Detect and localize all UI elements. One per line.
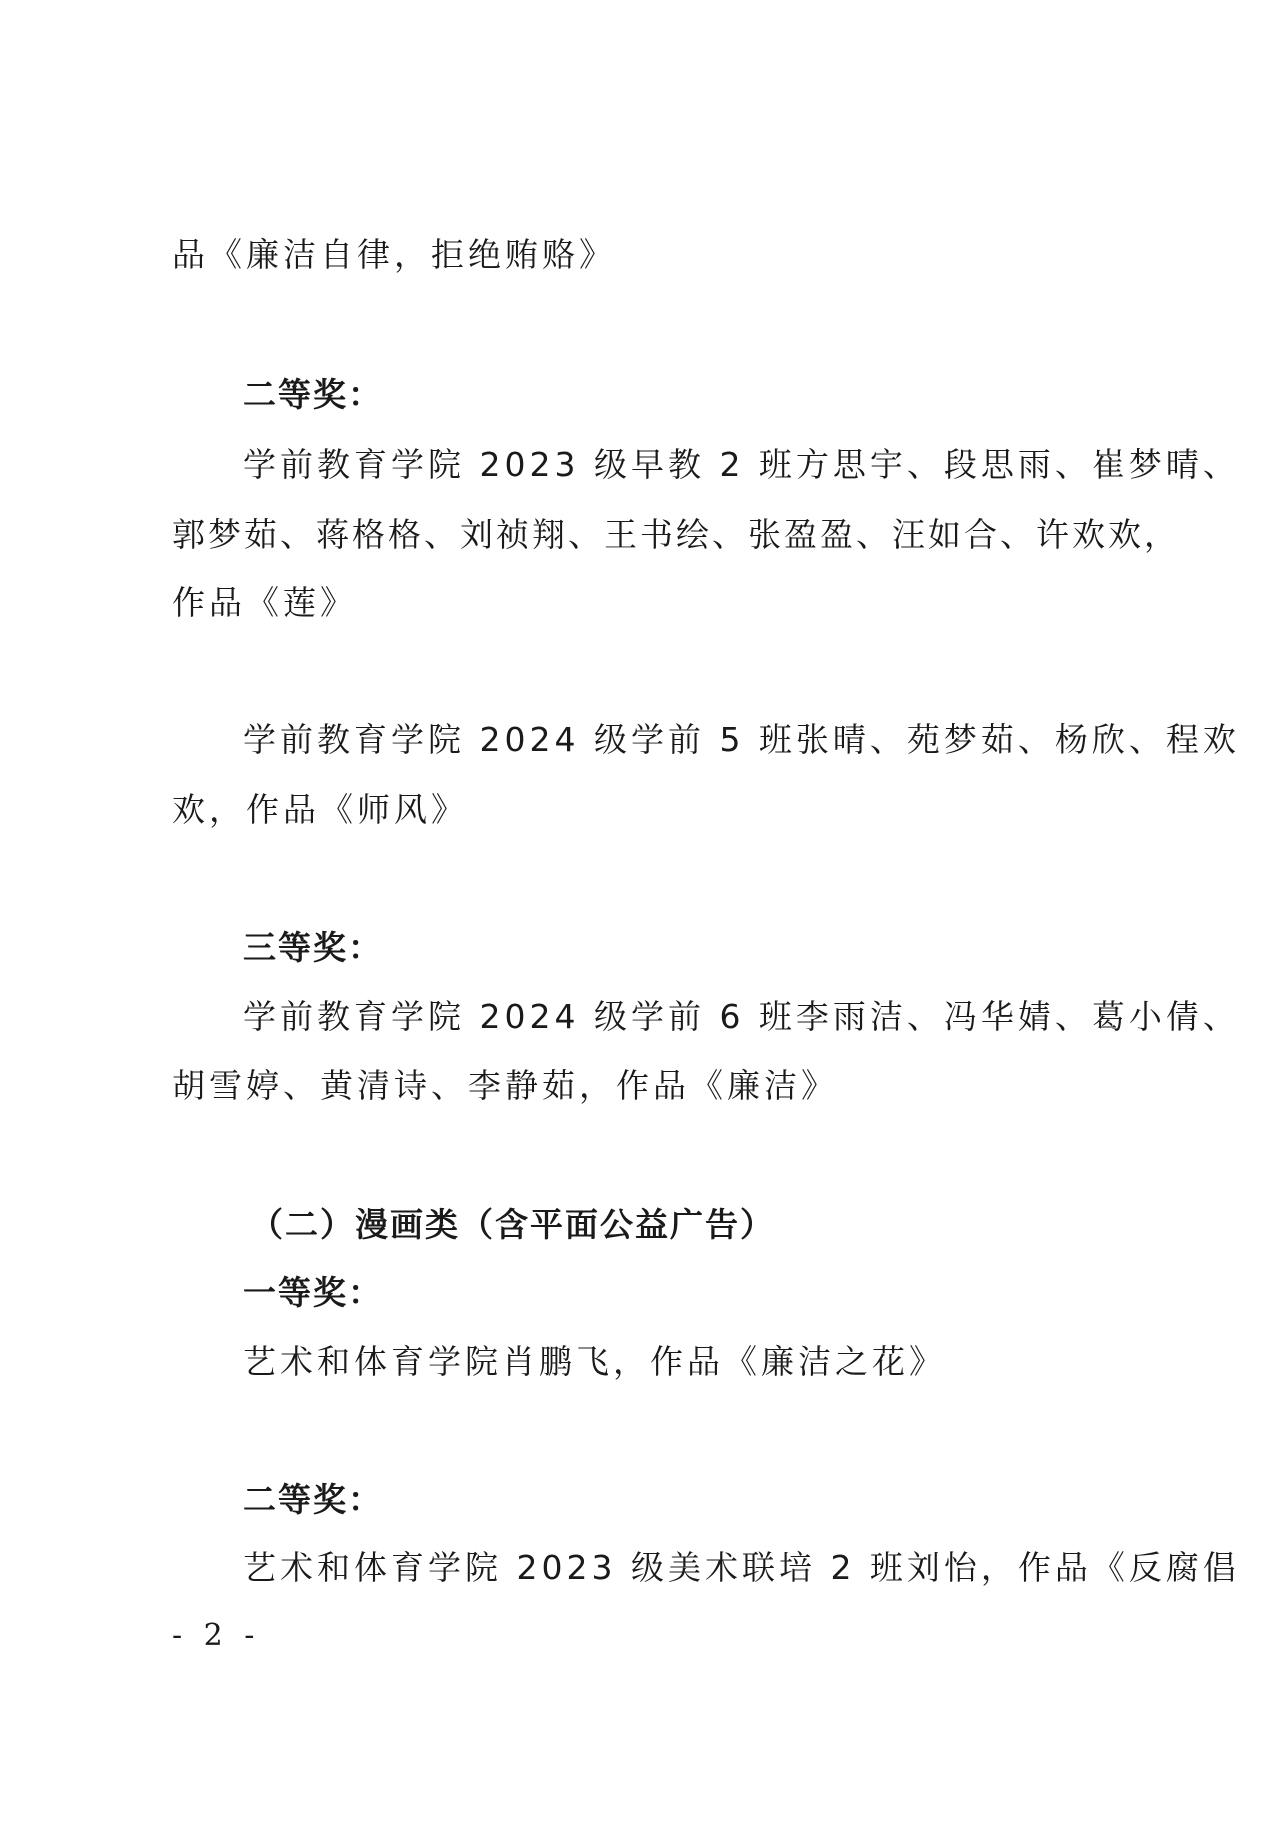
award-level-heading-second-prize: 二等奖： — [243, 373, 1203, 417]
award-entry: 学前教育学院 2024 级学前 5 班张晴、苑梦茹、杨欣、程欢 — [243, 718, 1203, 762]
award-entry-continuation: 郭梦茹、蒋格格、刘祯翔、王书绘、张盈盈、汪如合、许欢欢， — [172, 513, 1132, 557]
award-entry-continuation: 作品《莲》 — [172, 581, 1132, 625]
page-number: - 2 - — [172, 1616, 260, 1656]
award-level-heading-third-prize: 三等奖： — [243, 926, 1203, 970]
award-entry: 艺术和体育学院肖鹏飞，作品《廉洁之花》 — [243, 1340, 1203, 1384]
section-heading-comics: （二）漫画类（含平面公益广告） — [250, 1203, 1210, 1247]
award-level-heading-first-prize: 一等奖： — [243, 1271, 1203, 1315]
award-entry-continuation: 胡雪婷、黄清诗、李静茹，作品《廉洁》 — [172, 1064, 1132, 1108]
award-entry-continuation: 欢，作品《师风》 — [172, 788, 1132, 832]
award-entry: 学前教育学院 2024 级学前 6 班李雨洁、冯华婧、葛小倩、 — [243, 995, 1203, 1039]
award-entry-continuation: 品《廉洁自律，拒绝贿赂》 — [172, 233, 1132, 277]
document-page: 品《廉洁自律，拒绝贿赂》 二等奖： 学前教育学院 2023 级早教 2 班方思宇… — [0, 0, 1278, 1841]
award-entry: 学前教育学院 2023 级早教 2 班方思宇、段思雨、崔梦晴、 — [243, 443, 1203, 487]
award-level-heading-second-prize: 二等奖： — [243, 1478, 1203, 1522]
award-entry: 艺术和体育学院 2023 级美术联培 2 班刘怡，作品《反腐倡 — [243, 1546, 1203, 1590]
